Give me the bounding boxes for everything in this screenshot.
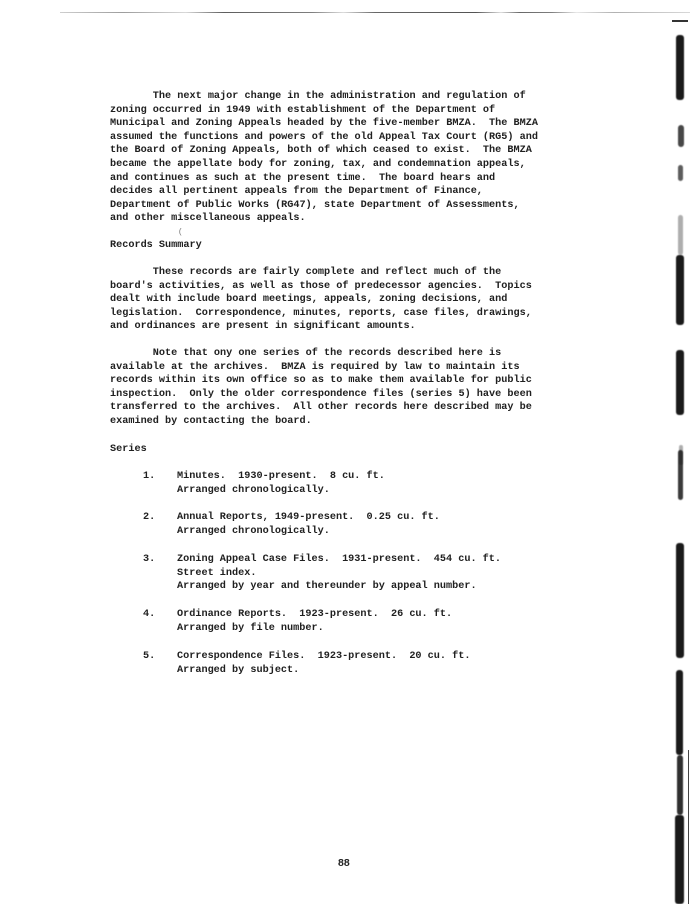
series-number: 4. bbox=[143, 608, 155, 622]
text-line: and ordinances are present in significan… bbox=[110, 320, 590, 334]
series-title: Ordinance Reports. 1923-present. 26 cu. … bbox=[177, 608, 452, 622]
scan-top-rule bbox=[60, 12, 690, 13]
series-arrangement: Arranged by year and thereunder by appea… bbox=[177, 580, 501, 594]
text-line: Municipal and Zoning Appeals headed by t… bbox=[110, 117, 590, 131]
text-line: available at the archives. BMZA is requi… bbox=[110, 361, 590, 375]
scan-edge-line bbox=[688, 750, 689, 904]
scan-edge-artifact bbox=[676, 25, 686, 904]
paragraph-admin-history: The next major change in the administrat… bbox=[110, 90, 590, 226]
paragraph-records-summary: These records are fairly complete and re… bbox=[110, 266, 590, 334]
text-line: the Board of Zoning Appeals, both of whi… bbox=[110, 144, 590, 158]
text-line: board's activities, as well as those of … bbox=[110, 280, 590, 294]
series-index-note: Street index. bbox=[177, 567, 501, 581]
text-line: and other miscellaneous appeals. bbox=[110, 212, 590, 226]
series-arrangement: Arranged by file number. bbox=[177, 622, 452, 636]
text-line: The next major change in the administrat… bbox=[110, 90, 590, 104]
series-number: 1. bbox=[143, 470, 155, 484]
heading-series: Series bbox=[110, 443, 147, 457]
text-line: Note that ony one series of the records … bbox=[110, 347, 590, 361]
text-line: legislation. Correspondence, minutes, re… bbox=[110, 307, 590, 321]
series-arrangement: Arranged chronologically. bbox=[177, 525, 440, 539]
series-title: Zoning Appeal Case Files. 1931-present. … bbox=[177, 553, 501, 567]
series-number: 3. bbox=[143, 553, 155, 567]
series-title: Correspondence Files. 1923-present. 20 c… bbox=[177, 650, 470, 664]
text-line: inspection. Only the older correspondenc… bbox=[110, 388, 590, 402]
text-line: assumed the functions and powers of the … bbox=[110, 131, 590, 145]
series-arrangement: Arranged by subject. bbox=[177, 664, 470, 678]
series-arrangement: Arranged chronologically. bbox=[177, 484, 385, 498]
text-line: zoning occurred in 1949 with establishme… bbox=[110, 104, 590, 118]
text-line: examined by contacting the board. bbox=[110, 415, 590, 429]
series-number: 2. bbox=[143, 511, 155, 525]
stray-mark: ( bbox=[178, 228, 183, 237]
text-line: dealt with include board meetings, appea… bbox=[110, 293, 590, 307]
series-title: Annual Reports, 1949-present. 0.25 cu. f… bbox=[177, 511, 440, 525]
series-number: 5. bbox=[143, 650, 155, 664]
series-title: Minutes. 1930-present. 8 cu. ft. bbox=[177, 470, 385, 484]
paragraph-availability-note: Note that ony one series of the records … bbox=[110, 347, 590, 429]
text-line: decides all pertinent appeals from the D… bbox=[110, 185, 590, 199]
page-number: 88 bbox=[338, 857, 350, 869]
text-line: became the appellate body for zoning, ta… bbox=[110, 158, 590, 172]
text-line: and continues as such at the present tim… bbox=[110, 172, 590, 186]
text-line: These records are fairly complete and re… bbox=[110, 266, 590, 280]
text-line: records within its own office so as to m… bbox=[110, 374, 590, 388]
text-line: Department of Public Works (RG47), state… bbox=[110, 199, 590, 213]
text-line: transferred to the archives. All other r… bbox=[110, 401, 590, 415]
scan-top-rule-end bbox=[672, 20, 688, 22]
heading-records-summary: Records Summary bbox=[110, 239, 202, 253]
scanned-page: The next major change in the administrat… bbox=[0, 0, 700, 904]
